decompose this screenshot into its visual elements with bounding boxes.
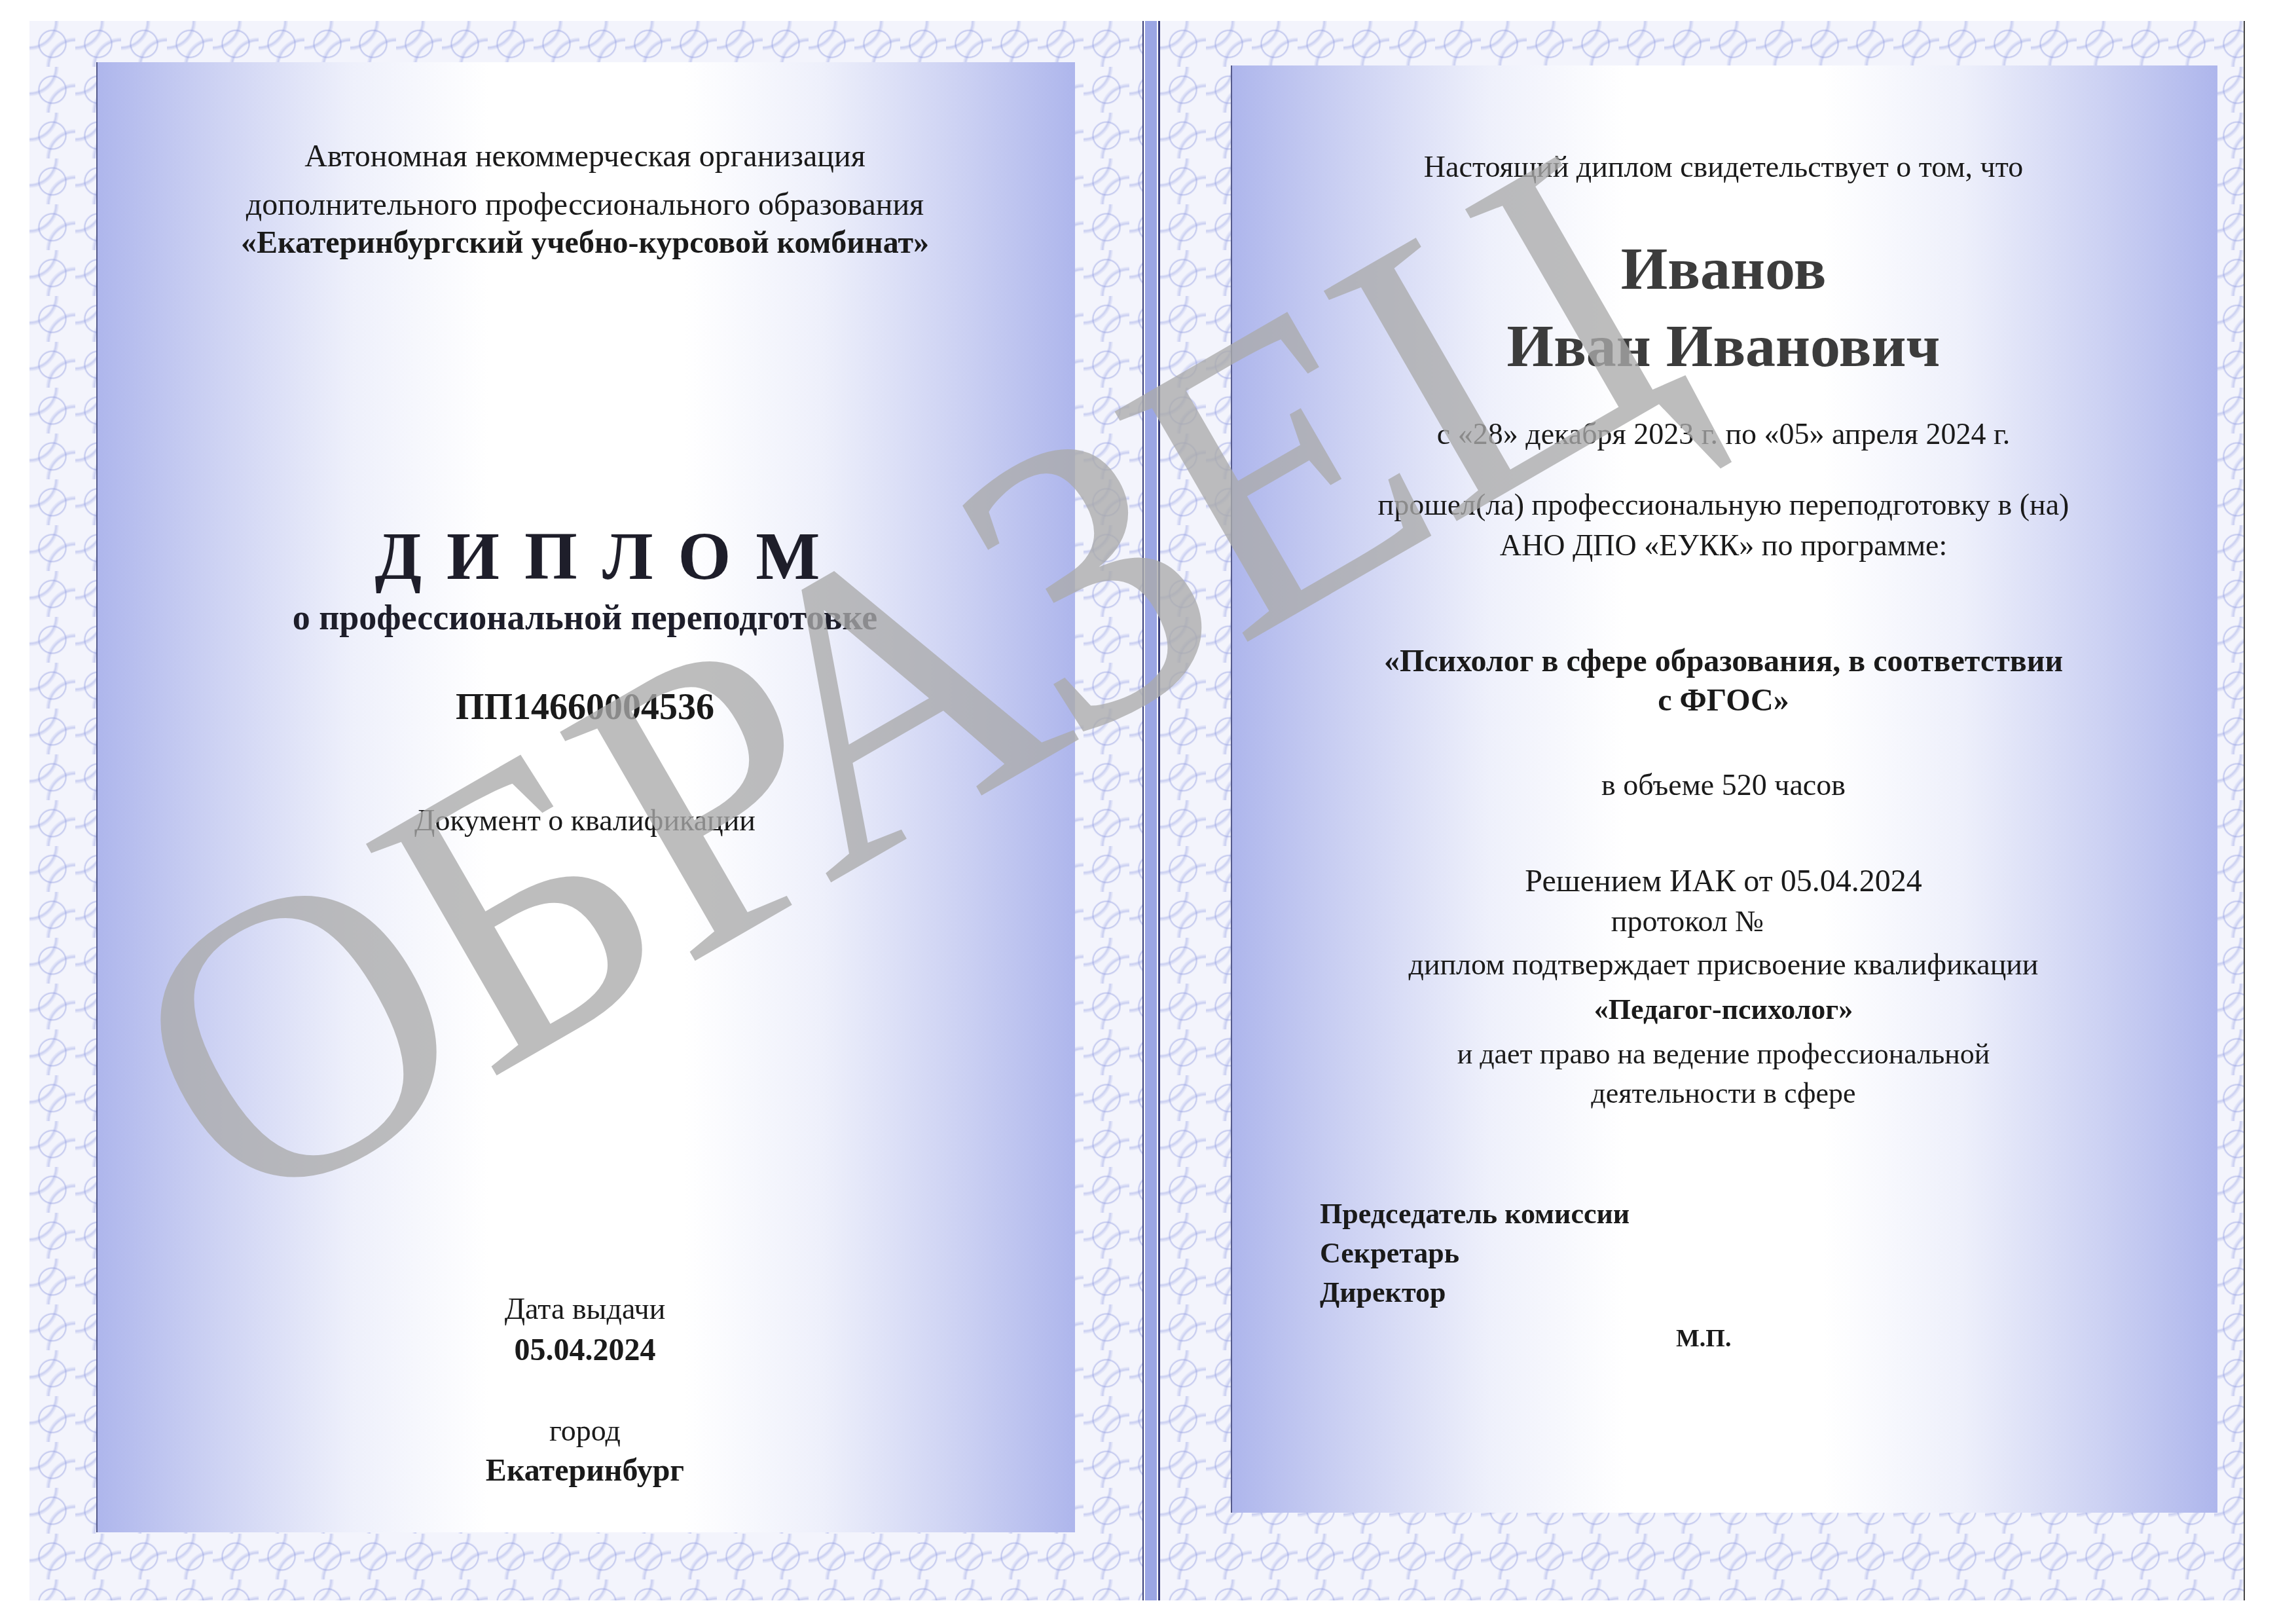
rights-line-2: деятельности в сфере <box>1231 1077 2216 1110</box>
program-line-1: «Психолог в сфере образования, в соответ… <box>1231 643 2216 679</box>
passed-line-1: прошел(ла) профессиональную переподготов… <box>1231 487 2216 522</box>
diploma-subtitle: о профессиональной переподготовке <box>96 597 1074 638</box>
recipient-given-names: Иван Иванович <box>1231 305 2216 386</box>
organization-line-1: Автономная некоммерческая организация <box>96 136 1074 177</box>
organization-name: «Екатеринбургский учебно-курсовой комбин… <box>96 223 1074 263</box>
organization-line-2: дополнительного профессионального образо… <box>96 185 1074 225</box>
signature-director: Директор <box>1320 1273 1446 1312</box>
protocol-number: протокол № <box>1231 904 2216 938</box>
city-label: город <box>96 1413 1074 1448</box>
recipient-surname: Иванов <box>1231 228 2216 309</box>
qualification-name: «Педагог-психолог» <box>1231 993 2216 1026</box>
intro-text: Настоящий диплом свидетельствует о том, … <box>1231 149 2216 184</box>
issue-date: 05.04.2024 <box>96 1332 1074 1368</box>
training-period: с «28» декабря 2023 г. по «05» апреля 20… <box>1231 416 2216 451</box>
commission-decision: Решением ИАК от 05.04.2024 <box>1231 863 2216 899</box>
signature-secretary: Секретарь <box>1320 1234 1459 1273</box>
passed-line-2: АНО ДПО «ЕУКК» по программе: <box>1231 528 2216 563</box>
city: Екатеринбург <box>96 1452 1074 1488</box>
diploma-title: ДИПЛОМ <box>96 517 1099 595</box>
program-volume: в объеме 520 часов <box>1231 767 2216 802</box>
qualification-confirmation: диплом подтверждает присвоение квалифика… <box>1231 947 2216 982</box>
diploma-number: ПП14660004536 <box>96 686 1074 728</box>
issue-date-label: Дата выдачи <box>96 1291 1074 1326</box>
signature-chairman: Председатель комиссии <box>1320 1194 1630 1234</box>
stamp-place: М.П. <box>1676 1324 1731 1353</box>
center-fold <box>1142 21 1160 1600</box>
rights-line-1: и дает право на ведение профессиональной <box>1231 1037 2216 1071</box>
document-type: Документ о квалификации <box>96 803 1074 838</box>
program-line-2: с ФГОС» <box>1231 682 2216 718</box>
